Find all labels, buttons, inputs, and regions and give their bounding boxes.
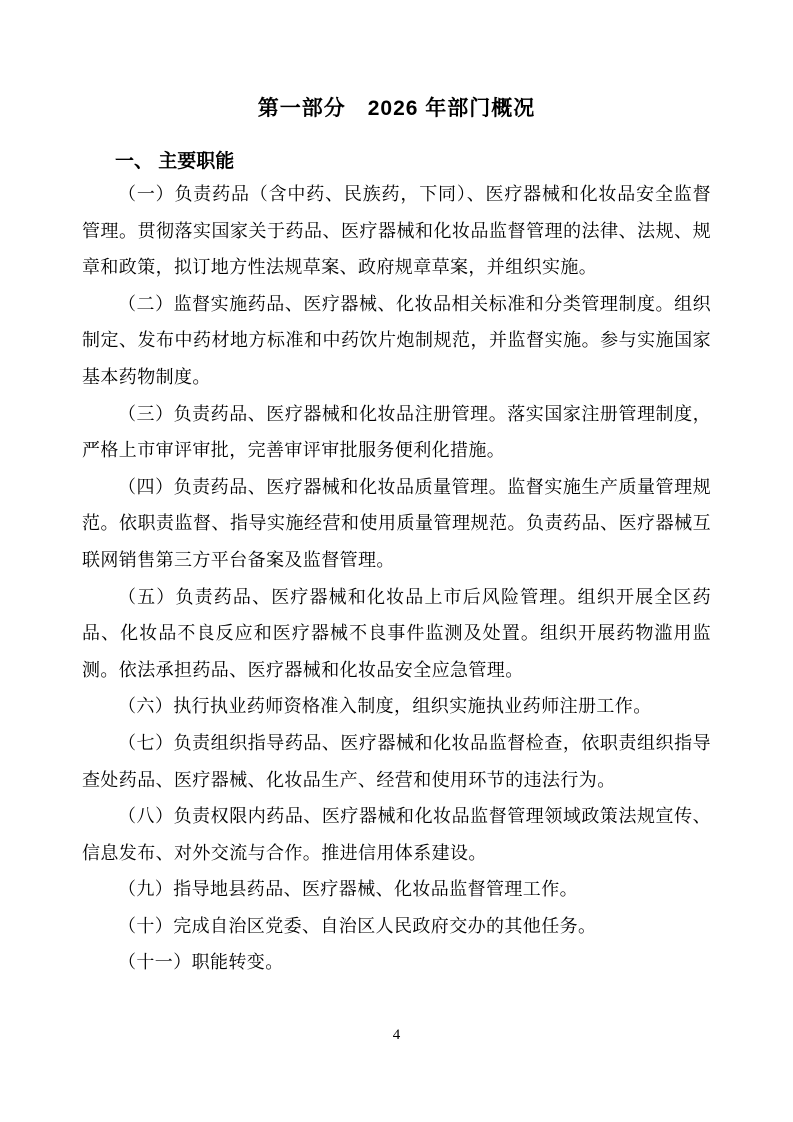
document-body: （一）负责药品（含中药、民族药，下同）、医疗器械和化妆品安全监督管理。贯彻落实国…: [82, 176, 711, 981]
paragraph-11: （十一）职能转变。: [82, 944, 711, 981]
paragraph-1: （一）负责药品（含中药、民族药，下同）、医疗器械和化妆品安全监督管理。贯彻落实国…: [82, 176, 711, 286]
page-number: 4: [0, 1027, 793, 1044]
paragraph-8: （八）负责权限内药品、医疗器械和化妆品监督管理领域政策法规宣传、信息发布、对外交…: [82, 798, 711, 871]
paragraph-4: （四）负责药品、医疗器械和化妆品质量管理。监督实施生产质量管理规范。依职责监督、…: [82, 469, 711, 579]
paragraph-9: （九）指导地县药品、医疗器械、化妆品监督管理工作。: [82, 871, 711, 908]
document-page: 第一部分 2026 年部门概况 一、 主要职能 （一）负责药品（含中药、民族药，…: [0, 0, 793, 1122]
paragraph-3: （三）负责药品、医疗器械和化妆品注册管理。落实国家注册管理制度，严格上市审评审批…: [82, 396, 711, 469]
section-heading: 一、 主要职能: [82, 150, 711, 174]
paragraph-10: （十）完成自治区党委、自治区人民政府交办的其他任务。: [82, 908, 711, 945]
paragraph-5: （五）负责药品、医疗器械和化妆品上市后风险管理。组织开展全区药品、化妆品不良反应…: [82, 579, 711, 689]
document-title: 第一部分 2026 年部门概况: [82, 96, 711, 122]
paragraph-2: （二）监督实施药品、医疗器械、化妆品相关标准和分类管理制度。组织制定、发布中药材…: [82, 286, 711, 396]
paragraph-7: （七）负责组织指导药品、医疗器械和化妆品监督检查，依职责组织指导查处药品、医疗器…: [82, 725, 711, 798]
paragraph-6: （六）执行执业药师资格准入制度，组织实施执业药师注册工作。: [82, 688, 711, 725]
